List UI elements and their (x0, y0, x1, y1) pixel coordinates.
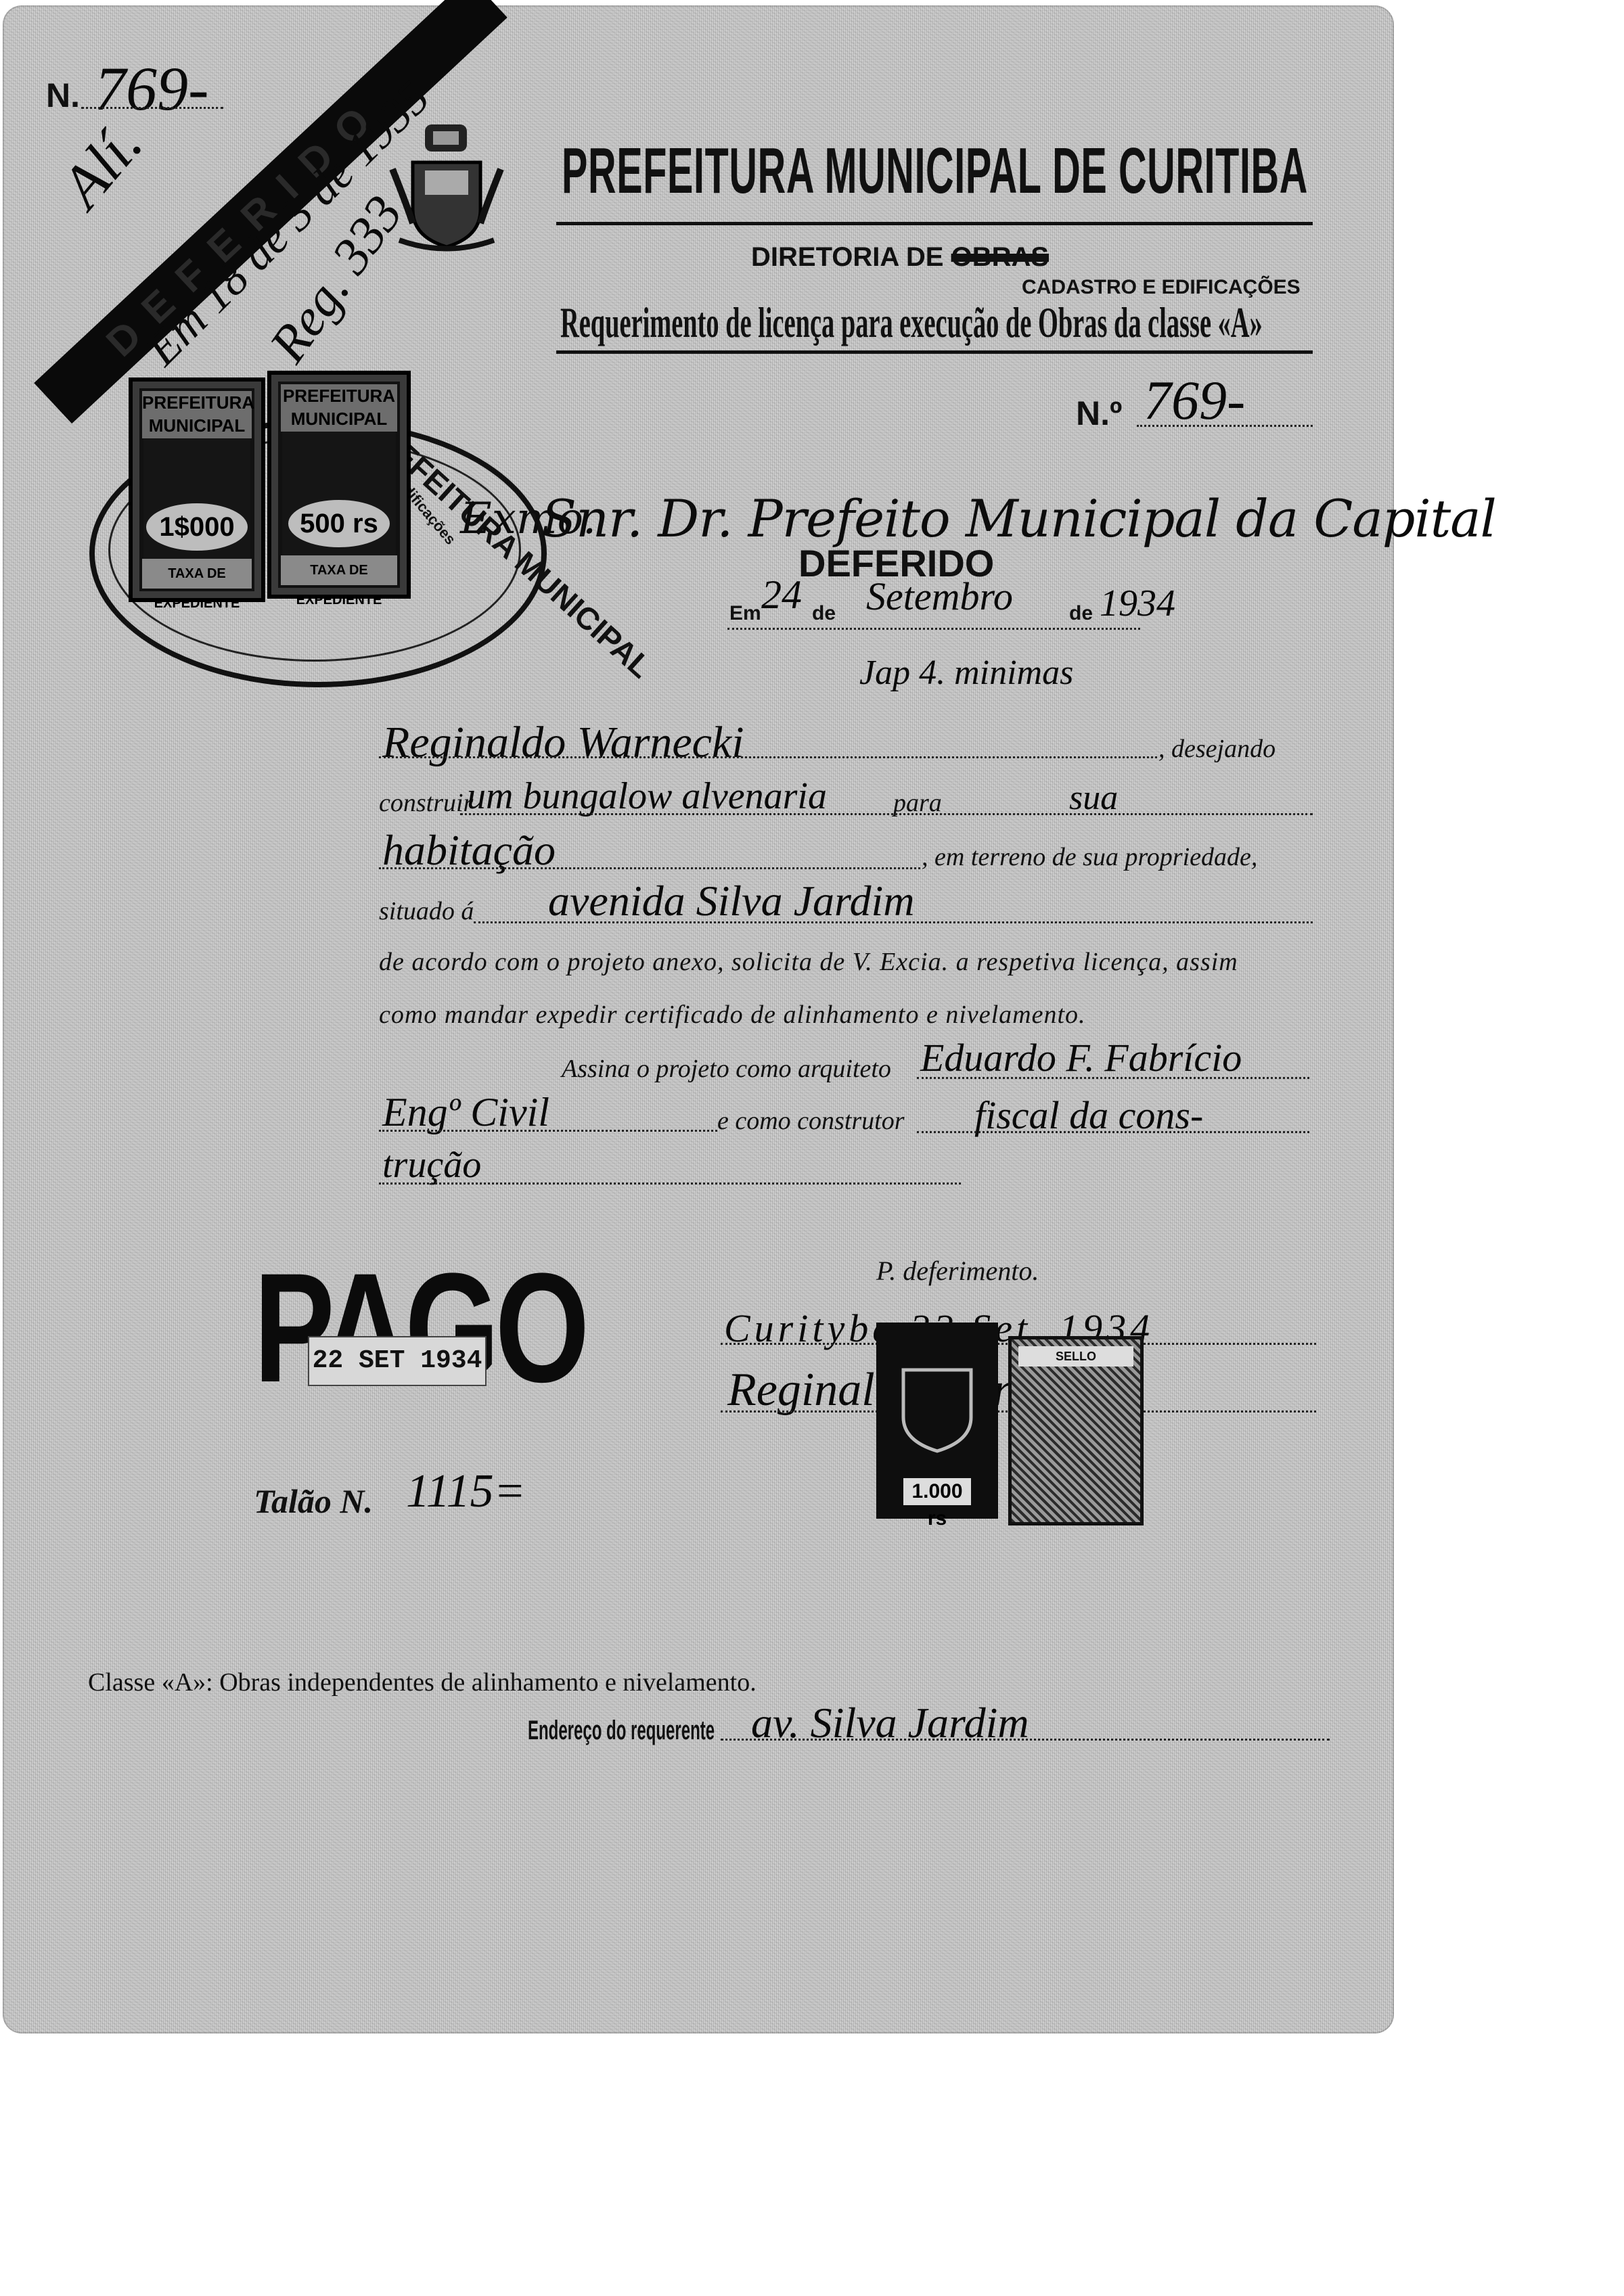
address-line (721, 1739, 1330, 1741)
architect-line (917, 1077, 1309, 1079)
revenue-stamp-500: PREFEITURA MUNICIPAL 500 rs TAXA DE EXPE… (267, 371, 411, 599)
corner-number-line (81, 107, 223, 109)
talao-label: Talão N. (254, 1482, 373, 1521)
form-number-label: N.º (1076, 394, 1122, 433)
construction-line (460, 813, 1313, 815)
approval-date-prefix: Em (729, 602, 761, 625)
builder-cont-line (379, 1183, 961, 1185)
pago-date: 22 SET 1934 (308, 1336, 487, 1386)
revenue-stamp-1000: PREFEITURA MUNICIPAL 1$000 TAXA DE EXPED… (129, 377, 265, 602)
revenue-stamp-state: 1.000 rs (876, 1323, 998, 1519)
construction-type: um bungalow alvenaria (467, 775, 827, 818)
pago-stamp: PAGO (254, 1238, 585, 1417)
page-title: PREFEITURA MUNICIPAL DE CURITIBA (562, 134, 1301, 208)
subtitle-rule (556, 350, 1313, 354)
approval-date-line (727, 628, 1140, 630)
p-deferimento: P. deferimento. (876, 1255, 1039, 1287)
architect-title-line (379, 1130, 717, 1132)
coat-of-arms-icon (386, 122, 507, 257)
purpose-a: sua (1069, 778, 1118, 818)
approval-de-2: de (1069, 602, 1093, 625)
directorate-label: DIRETORIA DE OBRAS (751, 242, 1049, 273)
approval-day: 24 (761, 572, 802, 618)
classe-note: Classe «A»: Obras independentes de alinh… (88, 1668, 757, 1697)
construtor-label: e como construtor (717, 1106, 905, 1136)
directorate-struck: OBRAS (951, 242, 1049, 272)
acordo-line: de acordo com o projeto anexo, solicita … (379, 947, 1238, 977)
builder-cont: trução (382, 1143, 481, 1187)
after-applicant: , desejando (1158, 734, 1276, 764)
terreno-text: , em terreno de sua propriedade, (922, 842, 1257, 872)
approval-de-1: de (812, 602, 836, 625)
corner-number-label: N. (46, 76, 80, 115)
salutation: Snr. Dr. Prefeito Municipal da Capital (541, 488, 1496, 549)
approval-year: 1934 (1100, 582, 1175, 625)
directorate-replacement: CADASTRO E EDIFICAÇÕES (1022, 276, 1301, 299)
form-number-line (1137, 425, 1313, 427)
form-subtitle: Requerimento de licença para execução de… (560, 298, 1263, 348)
approval-note: Jap 4. minimas (859, 653, 1073, 693)
location-line (474, 921, 1313, 923)
situado-label: situado á (379, 896, 474, 926)
applicant-name: Reginaldo Warnecki (382, 717, 744, 768)
corner-number-value: 769- (95, 53, 209, 124)
como-line: como mandar expedir certificado de alinh… (379, 1000, 1086, 1030)
form-number-value: 769- (1144, 369, 1245, 432)
address-label: Endereço do requerente (528, 1716, 715, 1746)
architect-title: Engº Civil (382, 1089, 549, 1136)
construir-label: construir (379, 788, 473, 818)
state-shield-icon (876, 1323, 998, 1458)
purpose-line (379, 867, 920, 869)
talao-value: 1115= (406, 1465, 526, 1519)
assina-label: Assina o projeto como arquiteto (562, 1054, 891, 1084)
builder-line (917, 1131, 1309, 1133)
approval-month: Setembro (866, 574, 1013, 619)
title-rule (556, 222, 1313, 225)
architect-name: Eduardo F. Fabrício (920, 1035, 1242, 1080)
revenue-stamp-sello: SELLO (1008, 1336, 1144, 1525)
applicant-line (379, 756, 1157, 758)
location: avenida Silva Jardim (548, 876, 915, 926)
